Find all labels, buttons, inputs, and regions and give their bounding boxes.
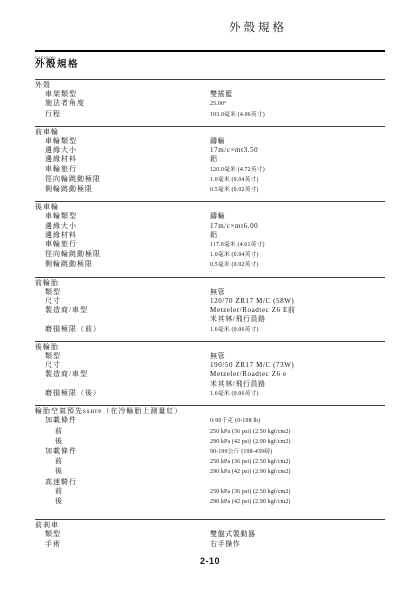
spec-row: 手術右手操作	[35, 540, 385, 549]
spec-value: 雙搖籃	[210, 90, 233, 99]
spec-label	[35, 380, 210, 389]
spec-label: 製造商/車型	[35, 370, 210, 379]
spec-label: 車輪類型	[35, 212, 210, 221]
spec-row: 後290 kPa (42 psi) (2.90 kgf/cm2)	[35, 467, 385, 477]
section-title: 前剎車	[35, 521, 385, 530]
spec-value: 103.0毫米 (4.06英寸)	[210, 110, 265, 120]
spec-row: 前250 kPa (36 psi) (2.50 kgf/cm2)	[35, 487, 385, 497]
spec-section: 前剎車類型雙盤式製動器手術右手操作	[35, 519, 385, 555]
spec-label: 前	[35, 457, 210, 467]
section-title: 外殼	[35, 81, 385, 90]
spec-section: 外殼車架類型雙搖籃施法者角度25.00°行程103.0毫米 (4.06英寸)	[35, 79, 385, 126]
spec-label: 類型	[35, 352, 210, 361]
spec-label: 磨損極限（前）	[35, 325, 210, 335]
manual-page: 外殼規格 EAS20280 外殼規格 外殼車架類型雙搖籃施法者角度25.00°行…	[0, 0, 416, 591]
spec-row: 磨損極限（前）1.6毫米 (0.06英寸)	[35, 325, 385, 335]
spec-value: 250 kPa (36 psi) (2.50 kgf/cm2)	[210, 487, 291, 497]
spec-label: 後	[35, 497, 210, 507]
page-number: 2-10	[35, 556, 385, 566]
spec-row: 車輪旅行117.0毫米 (4.61英寸)	[35, 240, 385, 250]
spec-row: 尺寸120/70 ZR17 M/C (58W)	[35, 297, 385, 306]
spec-label: 車輪類型	[35, 137, 210, 146]
sections: 外殼車架類型雙搖籃施法者角度25.00°行程103.0毫米 (4.06英寸)前車…	[35, 79, 385, 555]
spec-value: 無管	[210, 352, 225, 361]
spec-row: 加載條件90-199公斤 (198-439磅)	[35, 447, 385, 457]
spec-row: 米其林/飛行員路	[35, 380, 385, 389]
spec-label: 後	[35, 467, 210, 477]
spec-row: 車輪類型鑄輪	[35, 212, 385, 221]
spec-row: 側輪跳動極限0.5毫米 (0.02英寸)	[35, 260, 385, 270]
spec-label: 加載條件	[35, 447, 210, 457]
spec-label: 徑向輪跳動極限	[35, 175, 210, 185]
spec-row: 施法者角度25.00°	[35, 99, 385, 109]
spec-label: 施法者角度	[35, 99, 210, 109]
spec-value: 250 kPa (36 psi) (2.50 kgf/cm2)	[210, 457, 291, 467]
spec-label: 前	[35, 427, 210, 437]
spec-row: 邊緣大小17m/c×mt6.00	[35, 222, 385, 231]
spec-value: 117.0毫米 (4.61英寸)	[210, 240, 265, 250]
spec-row: 加載條件0-90千克 (0-198 lb)	[35, 416, 385, 426]
spec-row: 前250 kPa (36 psi) (2.50 kgf/cm2)	[35, 457, 385, 467]
page-title: 外殼規格	[35, 60, 385, 70]
spec-row: 邊緣材料鋁	[35, 231, 385, 240]
spec-value: 右手操作	[210, 540, 240, 549]
spec-label	[35, 315, 210, 324]
spec-row: 後290 kPa (42 psi) (2.90 kgf/cm2)	[35, 437, 385, 447]
spec-value: 鋁	[210, 231, 218, 240]
section-title: 輪胎空氣預先ssure（在冷輪胎上測量紅）	[35, 407, 385, 416]
section-title: 後輪胎	[35, 343, 385, 352]
spec-label: 高速騎行	[35, 478, 210, 487]
spec-value: 190/50 ZR17 M/C (73W)	[210, 361, 294, 370]
spec-value: 鑄輪	[210, 212, 225, 221]
spec-row: 類型無管	[35, 352, 385, 361]
spec-row: 邊緣材料鋁	[35, 155, 385, 164]
spec-label: 邊緣大小	[35, 222, 210, 231]
spec-row: 前250 kPa (36 psi) (2.50 kgf/cm2)	[35, 427, 385, 437]
spec-label: 車輪旅行	[35, 165, 210, 175]
spec-label: 車輪旅行	[35, 240, 210, 250]
spec-section: 後輪胎類型無管尺寸190/50 ZR17 M/C (73W)製造商/車型Metz…	[35, 341, 385, 405]
spec-label: 加載條件	[35, 416, 210, 426]
spec-value: 120.0毫米 (4.72英寸)	[210, 165, 265, 175]
spec-section: 輪胎空氣預先ssure（在冷輪胎上測量紅）加載條件0-90千克 (0-198 l…	[35, 405, 385, 519]
spec-row: 後290 kPa (42 psi) (2.90 kgf/cm2)	[35, 497, 385, 507]
spec-row: 米其林/飛行員路	[35, 315, 385, 324]
spec-value: 250 kPa (36 psi) (2.50 kgf/cm2)	[210, 427, 291, 437]
spec-value: 1.6毫米 (0.06英寸)	[210, 325, 259, 335]
spec-value: 鑄輪	[210, 137, 225, 146]
spec-row: 車架類型雙搖籃	[35, 90, 385, 99]
spec-value: Metzeler/Roadtec Z6 e	[210, 370, 287, 379]
spec-value: 鋁	[210, 155, 218, 164]
section-title: 前輪胎	[35, 279, 385, 288]
spec-label: 類型	[35, 288, 210, 297]
spec-row: 類型無管	[35, 288, 385, 297]
spec-value: 290 kPa (42 psi) (2.90 kgf/cm2)	[210, 467, 291, 477]
spec-row: 車輪類型鑄輪	[35, 137, 385, 146]
spec-value: 0.5毫米 (0.02英寸)	[210, 185, 259, 195]
spec-value: 雙盤式製動器	[210, 530, 256, 539]
spec-section: 前車輪車輪類型鑄輪邊緣大小17m/c×mt3.50邊緣材料鋁車輪旅行120.0毫…	[35, 126, 385, 201]
spec-label: 行程	[35, 110, 210, 120]
spec-label: 後	[35, 437, 210, 447]
spec-row: 徑向輪跳動極限1.0毫米 (0.04英寸)	[35, 250, 385, 260]
spec-row: 高速騎行	[35, 478, 385, 487]
spec-value: 1.6毫米 (0.06英寸)	[210, 389, 259, 399]
spec-label: 前	[35, 487, 210, 497]
spec-value: 米其林/飛行員路	[210, 380, 266, 389]
spec-value: 1.0毫米 (0.04英寸)	[210, 175, 259, 185]
spec-label: 側輪跳動極限	[35, 260, 210, 270]
header-rule	[35, 50, 385, 52]
spec-row: 車輪旅行120.0毫米 (4.72英寸)	[35, 165, 385, 175]
spec-value: 17m/c×mt6.00	[210, 222, 258, 231]
spec-value: 290 kPa (42 psi) (2.90 kgf/cm2)	[210, 497, 291, 507]
spec-value: 米其林/飛行員路	[210, 315, 266, 324]
section-title: 前車輪	[35, 128, 385, 137]
spec-label: 手術	[35, 540, 210, 549]
spec-label: 磨損極限（後）	[35, 389, 210, 399]
spec-section: 前輪胎類型無管尺寸120/70 ZR17 M/C (58W)製造商/車型Metz…	[35, 277, 385, 341]
spec-label: 尺寸	[35, 297, 210, 306]
spec-row: 徑向輪跳動極限1.0毫米 (0.04英寸)	[35, 175, 385, 185]
spec-label: 類型	[35, 530, 210, 539]
spec-label: 邊緣材料	[35, 231, 210, 240]
spec-label: 徑向輪跳動極限	[35, 250, 210, 260]
spec-row: 磨損極限（後）1.6毫米 (0.06英寸)	[35, 389, 385, 399]
spec-label: 製造商/車型	[35, 306, 210, 315]
page-header-title: 外殼規格	[130, 19, 386, 35]
spec-value: 120/70 ZR17 M/C (58W)	[210, 297, 294, 306]
spec-value: 0.5毫米 (0.02英寸)	[210, 260, 259, 270]
spec-value: 25.00°	[210, 99, 227, 109]
spec-row: 側輪跳動極限0.5毫米 (0.02英寸)	[35, 185, 385, 195]
spec-value: 1.0毫米 (0.04英寸)	[210, 250, 259, 260]
spec-value: 0-90千克 (0-198 lb)	[210, 416, 260, 426]
spec-row: 製造商/車型Metzeler/Roadtec Z6 e	[35, 370, 385, 379]
spec-row: 行程103.0毫米 (4.06英寸)	[35, 110, 385, 120]
spec-section: 後車輪車輪類型鑄輪邊緣大小17m/c×mt6.00邊緣材料鋁車輪旅行117.0毫…	[35, 201, 385, 276]
spec-value: 290 kPa (42 psi) (2.90 kgf/cm2)	[210, 437, 291, 447]
spec-value: 無管	[210, 288, 225, 297]
spec-label: 邊緣材料	[35, 155, 210, 164]
spec-row: 類型雙盤式製動器	[35, 530, 385, 539]
spec-value: 90-199公斤 (198-439磅)	[210, 447, 272, 457]
spec-label: 側輪跳動極限	[35, 185, 210, 195]
page-content: EAS20280 外殼規格 外殼車架類型雙搖籃施法者角度25.00°行程103.…	[35, 55, 385, 555]
